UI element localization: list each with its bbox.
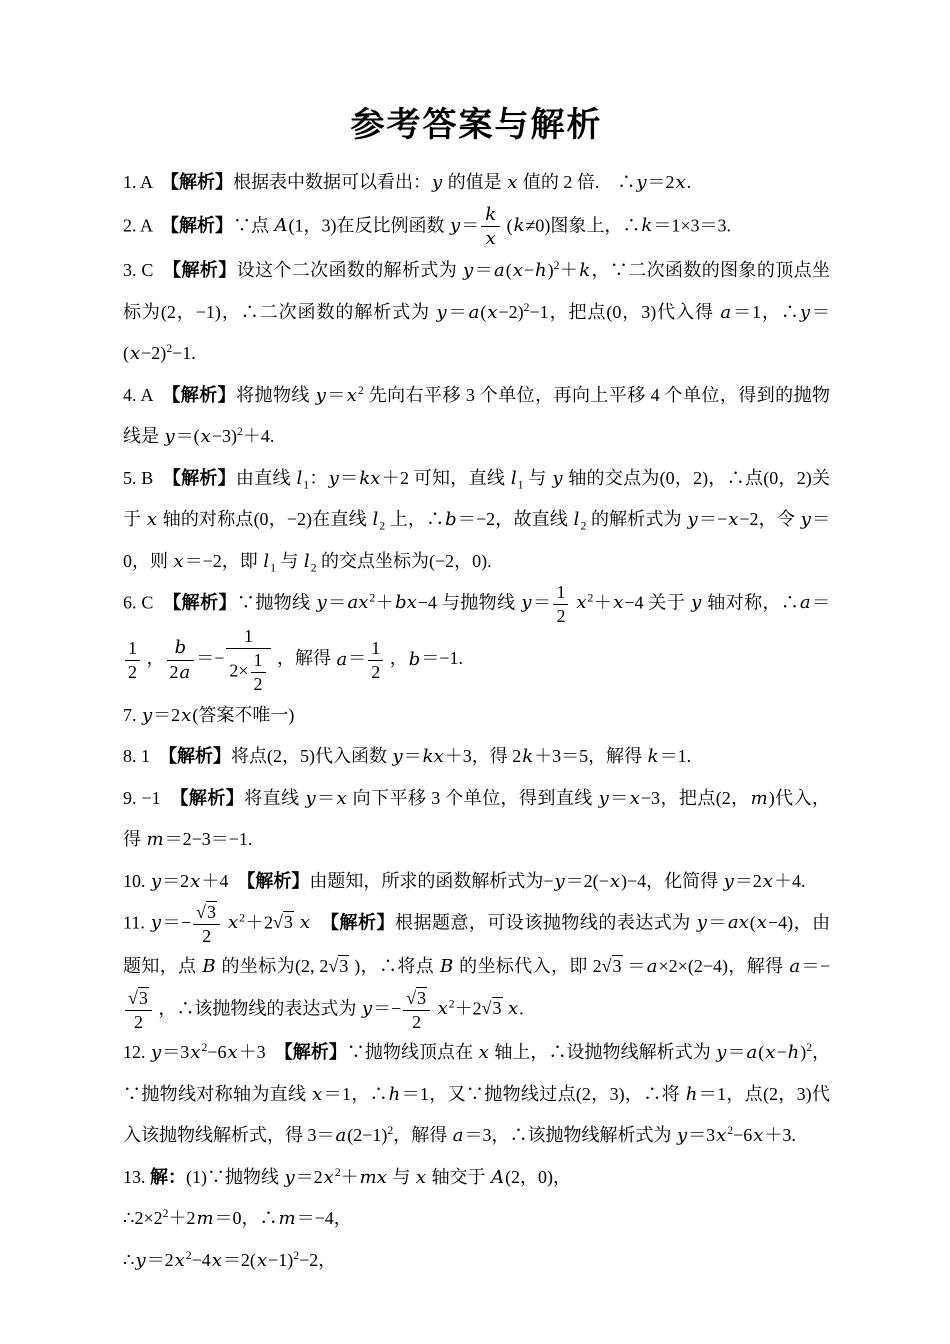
answer-paragraph-9: 9. −1 【解析】将直线 y＝x 向下平移 3 个单位，得到直线 y＝x−3，… — [123, 778, 830, 861]
sqrt-radical: 3 — [406, 989, 427, 1009]
sqrt-radical: 3 — [328, 957, 349, 977]
answer-paragraph-15: ∴y＝2x2−4x＝2(x−1)2−2， — [123, 1240, 830, 1282]
fraction: 12 — [553, 582, 568, 626]
answer-paragraph-12: 12. y＝3x2−6x＋3 【解析】∵抛物线顶点在 x 轴上，∴设抛物线解析式… — [123, 1032, 830, 1157]
document-page: 参考答案与解析 1. A 【解析】根据表中数据可以看出：y 的值是 x 值的 2… — [0, 0, 950, 1344]
page-title: 参考答案与解析 — [123, 104, 830, 148]
fraction: b2a — [167, 637, 195, 683]
fraction: 12 — [125, 638, 140, 682]
answer-paragraph-14: ∴2×22＋2m＝0，∴m＝−4， — [123, 1198, 830, 1240]
sqrt-radical: 3 — [602, 957, 623, 977]
sqrt-radical: 3 — [273, 913, 294, 933]
answer-paragraph-4: 4. A 【解析】将抛物线 y＝x2 先向右平移 3 个单位，再向上平移 4 个… — [123, 375, 830, 458]
answer-paragraph-2: 2. A 【解析】∵点 A(1，3)在反比例函数 y＝kx (k≠0)图象上，∴… — [123, 204, 830, 250]
sqrt-radical: 3 — [128, 989, 149, 1009]
answer-paragraph-1: 1. A 【解析】根据表中数据可以看出：y 的值是 x 值的 2 倍. ∴y＝2… — [123, 162, 830, 204]
answer-paragraph-10: 10. y＝2x＋4 【解析】由题知，所求的函数解析式为−y＝2(−x)−4，化… — [123, 861, 830, 903]
answer-paragraph-6: 6. C 【解析】∵抛物线 y＝ax2＋bx−4 与抛物线 y＝12 x2＋x−… — [123, 582, 830, 694]
sqrt-radical: 3 — [196, 903, 217, 923]
fraction: 32 — [193, 902, 220, 946]
fraction: kx — [481, 204, 500, 250]
answer-paragraph-5: 5. B 【解析】由直线 l1：y＝kx＋2 可知，直线 l1 与 y 轴的交点… — [123, 458, 830, 583]
fraction: 32 — [125, 988, 152, 1032]
answer-paragraph-13: 13. 解：(1)∵抛物线 y＝2x2＋mx 与 x 轴交于 A(2，0)， — [123, 1157, 830, 1199]
answer-paragraph-11: 11. y＝−32 x2＋23 x 【解析】根据题意，可设该抛物线的表达式为 y… — [123, 902, 830, 1032]
sqrt-radical: 3 — [482, 999, 503, 1019]
fraction: 12×12 — [226, 626, 270, 694]
answer-paragraph-7: 7. y＝2x(答案不唯一) — [123, 695, 830, 737]
answer-paragraph-8: 8. 1 【解析】将点(2，5)代入函数 y＝kx＋3，得 2k＋3＝5，解得 … — [123, 736, 830, 778]
fraction: 32 — [403, 988, 430, 1032]
fraction: 12 — [251, 650, 266, 694]
answer-paragraph-3: 3. C 【解析】设这个二次函数的解析式为 y＝a(x−h)2＋k，∵二次函数的… — [123, 250, 830, 375]
answers-list: 1. A 【解析】根据表中数据可以看出：y 的值是 x 值的 2 倍. ∴y＝2… — [123, 162, 830, 1281]
fraction: 12 — [368, 638, 383, 682]
